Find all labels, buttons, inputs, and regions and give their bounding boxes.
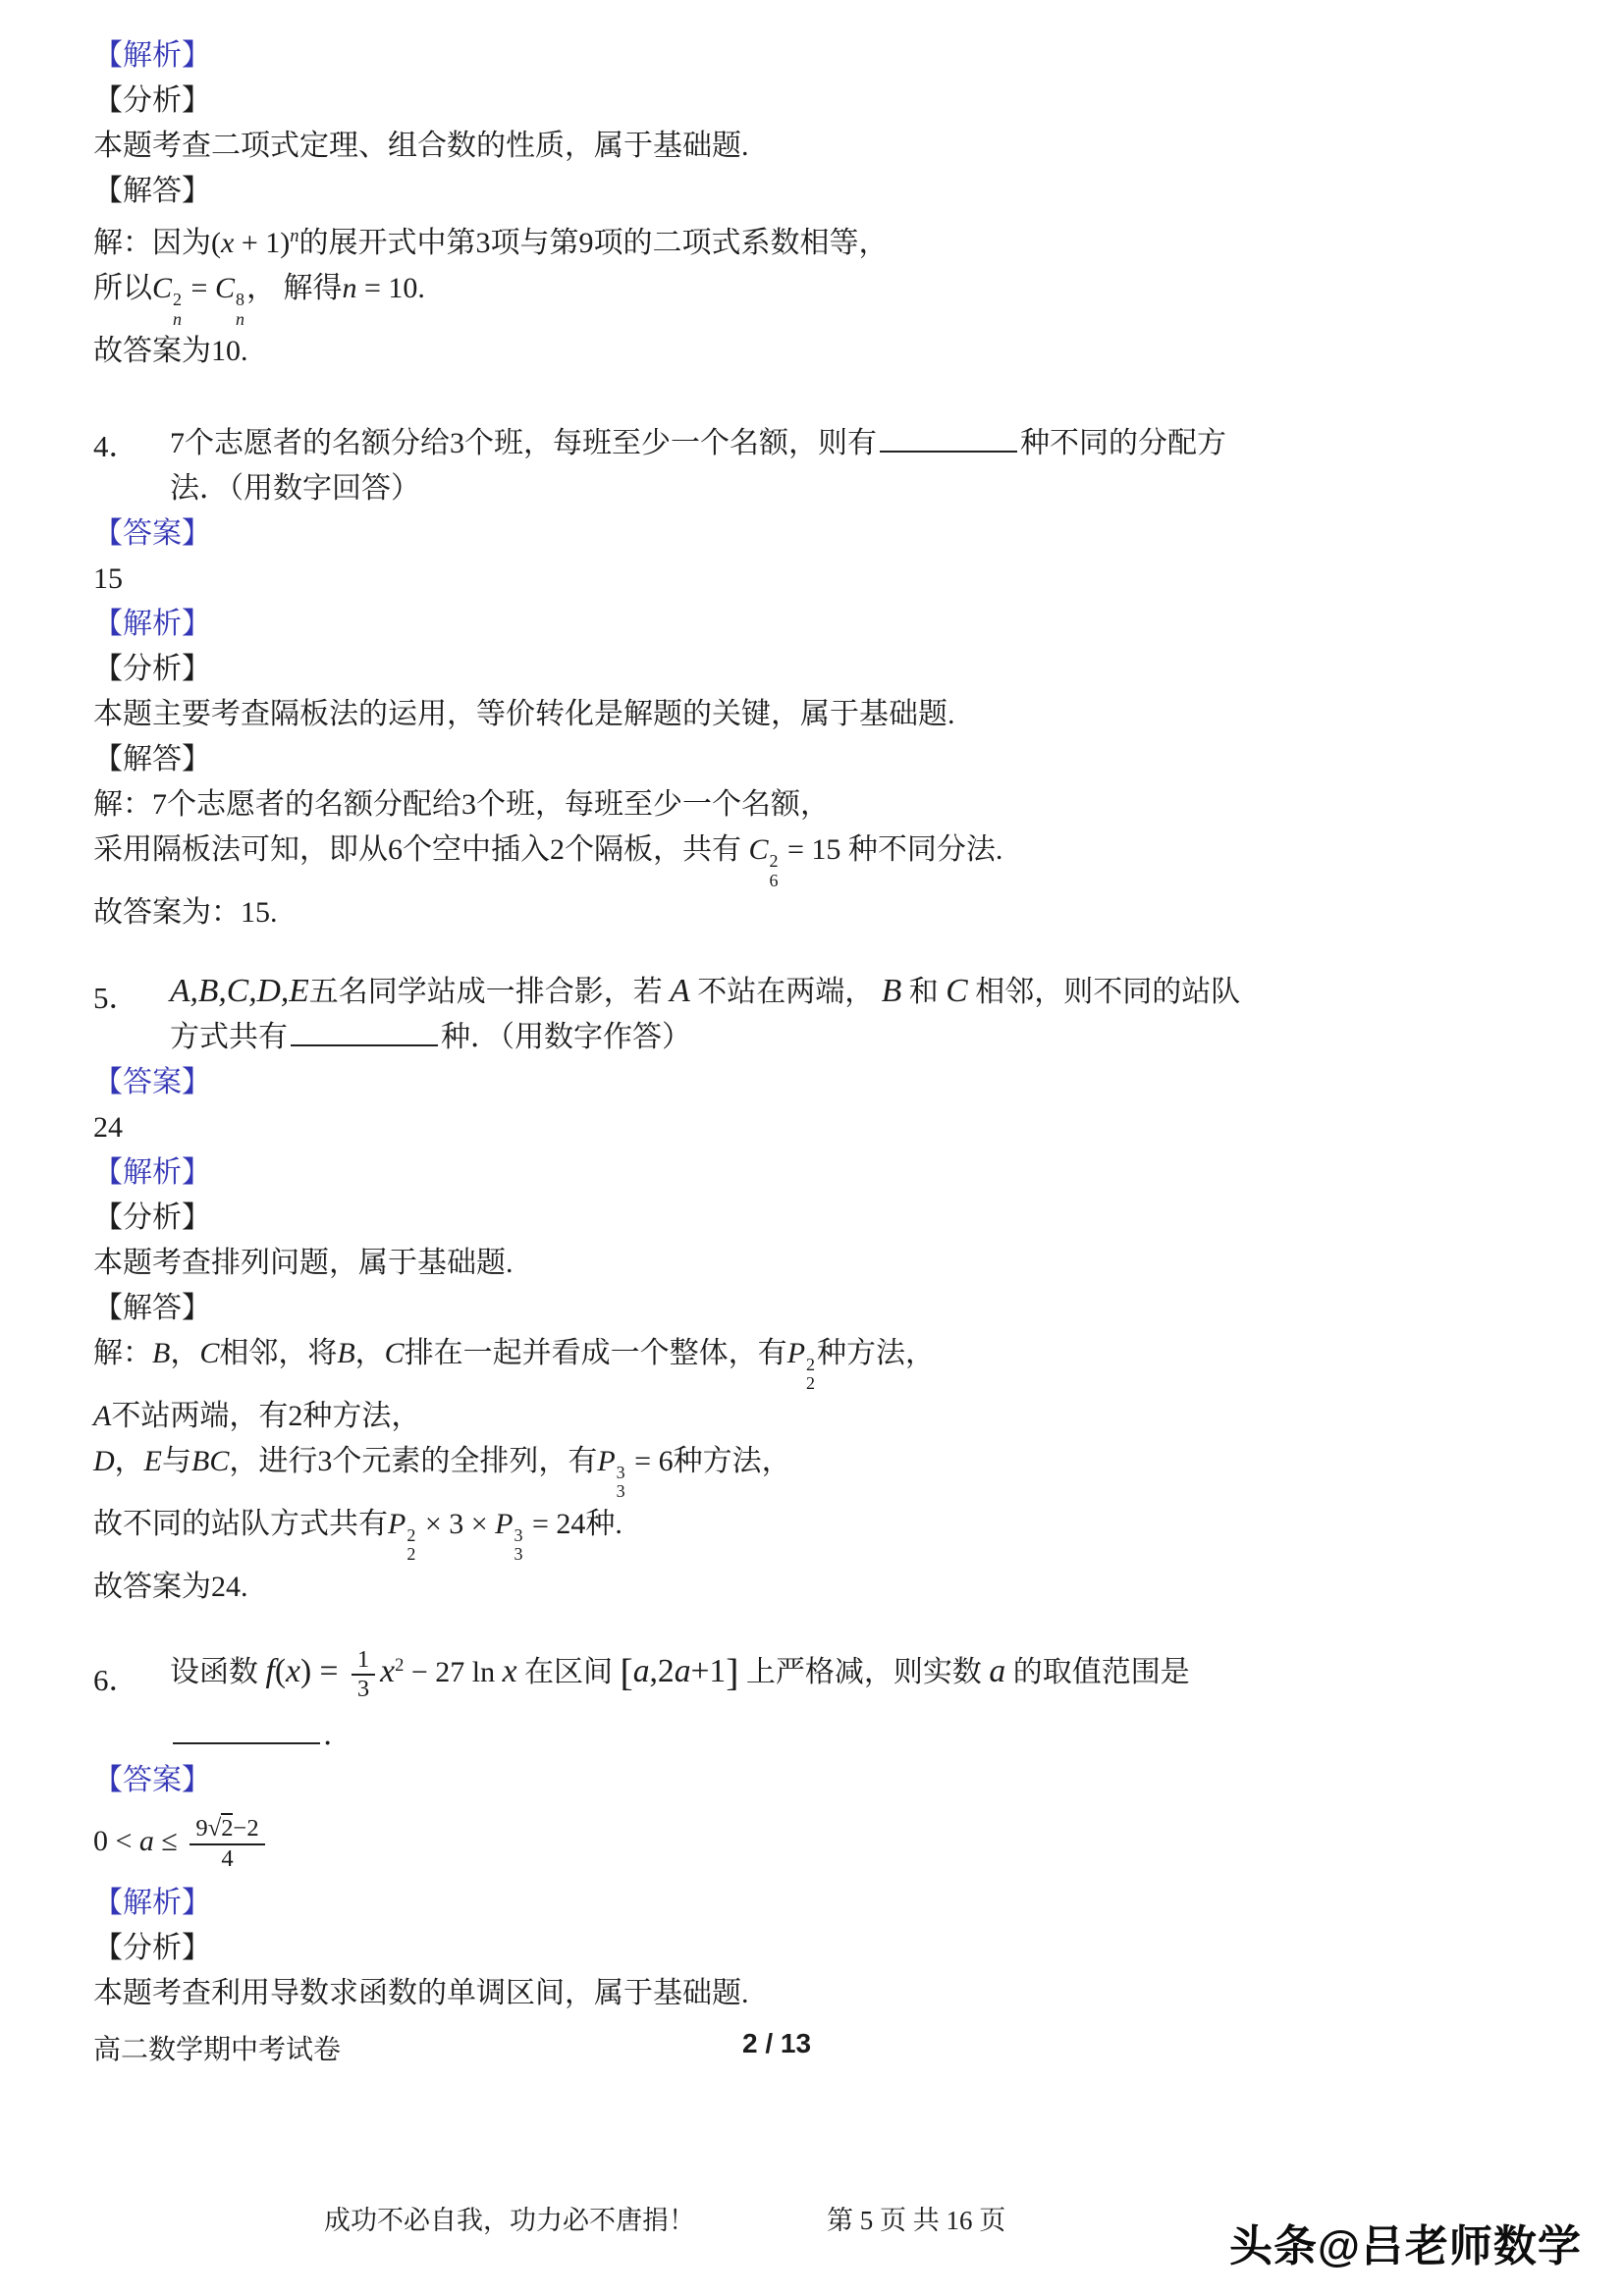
text-run: = 10. <box>356 272 424 304</box>
math-var: a <box>633 1653 650 1689</box>
analysis-label: 【解析】 <box>93 33 1576 79</box>
math-var: C <box>152 272 172 304</box>
question-number: 4． <box>93 421 139 472</box>
text-run: 解： <box>93 1337 152 1369</box>
text-run: −2 <box>233 1815 258 1842</box>
math-sup: 2 <box>173 291 182 309</box>
math-operator: ≤ <box>154 1825 185 1857</box>
page-content: 【解析】 【分析】 本题考查二项式定理、组合数的性质，属于基础题. 【解答】 解… <box>93 33 1576 2016</box>
math-bracket: [ <box>621 1651 633 1694</box>
text-run: +1 <box>691 1653 727 1689</box>
math-var: a <box>139 1825 154 1857</box>
math-supsub: 26 <box>770 852 779 890</box>
math-sub: n <box>236 310 244 329</box>
text-run: 解：因为( <box>93 227 221 259</box>
math-sup: 3 <box>617 1464 625 1482</box>
text-run: ，进行3个元素的全排列，有 <box>229 1445 597 1477</box>
solution-line: A不站两端，有2种方法， <box>93 1394 1576 1439</box>
math-bracket: ] <box>726 1651 738 1694</box>
question-number: 6． <box>93 1655 139 1706</box>
text-run: 的展开式中第3项与第9项的二项式系数相等， <box>299 227 889 259</box>
question-5: 5． A,B,C,D,E五名同学站成一排合影，若 A 不站在两端， B 和 C … <box>93 969 1576 1060</box>
analysis-text: 本题考查利用导数求函数的单调区间，属于基础题. <box>93 1971 1576 2016</box>
math-var: C <box>199 1337 219 1369</box>
text-run: 在区间 <box>517 1656 621 1688</box>
text-run: 和 <box>901 976 946 1008</box>
question-text: 7个志愿者的名额分给3个班，每班至少一个名额，则有种不同的分配方 <box>170 421 1576 466</box>
question-text: ． <box>170 1713 1576 1758</box>
answer-value: 24 <box>93 1105 1576 1150</box>
solution-line: 解：因为(x + 1)n的展开式中第3项与第9项的二项式系数相等， <box>93 214 1576 266</box>
text-run: 所以 <box>93 272 152 304</box>
solution-line: 所以C2n = C8n， 解得n = 10. <box>93 266 1576 329</box>
text-run: 不站两端，有2种方法， <box>111 1400 420 1432</box>
math-var: P <box>787 1337 805 1369</box>
math-sub: 3 <box>514 1545 523 1564</box>
solution-conclusion: 故答案为：15. <box>93 890 1576 935</box>
text-run: 0 < <box>93 1825 139 1857</box>
math-sub: 3 <box>617 1482 625 1501</box>
text-run: ， <box>170 1337 199 1369</box>
math-var: P <box>495 1508 513 1540</box>
question-number: 5． <box>93 969 139 1028</box>
solution-line: 解：B，C相邻，将B，C排在一起并看成一个整体，有P22种方法， <box>93 1331 1576 1394</box>
math-var: a <box>989 1653 1005 1689</box>
math-supsub: 2n <box>173 291 182 329</box>
math-var: C <box>215 272 235 304</box>
math-var: n <box>342 272 356 304</box>
math-var: BC <box>191 1445 229 1477</box>
radicand: 2 <box>221 1813 233 1842</box>
math-supsub: 8n <box>236 291 244 329</box>
breakdown-label: 【分析】 <box>93 1926 1576 1971</box>
math-var: x <box>221 227 234 259</box>
math-var: D <box>93 1445 115 1477</box>
text-run: 故不同的站队方式共有 <box>93 1508 388 1540</box>
analysis-text: 本题主要考查隔板法的运用，等价转化是解题的关键，属于基础题. <box>93 692 1576 737</box>
math-var: C <box>385 1337 405 1369</box>
breakdown-label: 【分析】 <box>93 79 1576 124</box>
text-run: 设函数 <box>170 1656 266 1688</box>
math-fraction: 13 <box>352 1646 375 1704</box>
math-sup: 8 <box>236 291 244 309</box>
text-run: 五名同学站成一排合影，若 <box>309 976 671 1008</box>
text-run: 7个志愿者的名额分给3个班，每班至少一个名额，则有 <box>170 427 877 459</box>
math-var: A <box>93 1400 111 1432</box>
text-run: ， 解得 <box>246 272 343 304</box>
math-var: A <box>670 973 690 1009</box>
breakdown-label: 【分析】 <box>93 1196 1576 1241</box>
text-run: 不站在两端， <box>690 976 882 1008</box>
math-fraction: 9√2−24 <box>189 1815 264 1873</box>
solution-line: 解：7个志愿者的名额分配给3个班，每班至少一个名额， <box>93 782 1576 828</box>
math-sup: 2 <box>770 852 779 871</box>
analysis-label: 【解析】 <box>93 1881 1576 1926</box>
text-run: − 27 ln <box>404 1656 502 1688</box>
answer-label: 【答案】 <box>93 511 1576 557</box>
math-var: B <box>882 973 902 1009</box>
question-4: 4． 7个志愿者的名额分给3个班，每班至少一个名额，则有种不同的分配方 法．（用… <box>93 421 1576 511</box>
watermark: 头条@吕老师数学 <box>1229 2211 1582 2273</box>
solution-line: 故不同的站队方式共有P22 × 3 × P33 = 24种. <box>93 1502 1576 1565</box>
analysis-text: 本题考查排列问题，属于基础题. <box>93 1241 1576 1286</box>
math-var: f <box>266 1653 275 1689</box>
math-sup: 2 <box>806 1356 815 1374</box>
text-run: 方式共有 <box>170 1021 288 1053</box>
fraction-numerator: 1 <box>352 1646 375 1674</box>
math-var: B <box>337 1337 354 1369</box>
math-var: E <box>144 1445 162 1477</box>
solution-conclusion: 故答案为24. <box>93 1565 1576 1610</box>
math-var: x <box>380 1653 395 1689</box>
math-sup: 2 <box>406 1526 415 1545</box>
text-run: 相邻，将 <box>219 1337 337 1369</box>
analysis-label: 【解析】 <box>93 602 1576 647</box>
fraction-numerator: 9√2−2 <box>189 1815 264 1842</box>
math-var: B <box>152 1337 170 1369</box>
math-sup: 3 <box>514 1526 523 1545</box>
text-run: 种．（用数字作答） <box>441 1021 691 1053</box>
text-run: = <box>184 272 215 304</box>
text-run: 与 <box>162 1445 191 1477</box>
text-run: ( <box>275 1653 286 1689</box>
math-var: C <box>749 833 769 866</box>
motto: 成功不必自我，功力必不唐捐！ <box>324 2199 695 2237</box>
math-supsub: 33 <box>514 1526 523 1565</box>
math-var: x <box>503 1653 517 1689</box>
math-var: C <box>946 973 967 1009</box>
doc-title: 高二数学期中考试卷 <box>93 2028 341 2067</box>
solution-line: D，E与BC，进行3个元素的全排列，有P33 = 6种方法， <box>93 1439 1576 1502</box>
text-run: = 24种. <box>525 1508 623 1540</box>
text-run: 的取值范围是 <box>1005 1656 1190 1688</box>
math-var: x <box>286 1653 300 1689</box>
answer-value: 0 < a ≤ 9√2−24 <box>93 1803 1576 1881</box>
breakdown-label: 【分析】 <box>93 647 1576 692</box>
text-run: 上严格减，则实数 <box>738 1656 989 1688</box>
answer-blank <box>291 1044 438 1046</box>
math-supsub: 22 <box>806 1356 815 1394</box>
text-run: = 15 种不同分法. <box>781 833 1003 866</box>
text-run: ， <box>115 1445 144 1477</box>
solution-conclusion: 故答案为10. <box>93 329 1576 374</box>
math-sub: 6 <box>770 872 779 890</box>
text-run: 种不同的分配方 <box>1020 427 1226 459</box>
text-run: ,2 <box>650 1653 675 1689</box>
solution-label: 【解答】 <box>93 737 1576 782</box>
math-exponent: n <box>290 226 298 246</box>
question-text: A,B,C,D,E五名同学站成一排合影，若 A 不站在两端， B 和 C 相邻，… <box>170 969 1576 1015</box>
answer-blank <box>173 1742 320 1744</box>
solution-label: 【解答】 <box>93 1286 1576 1331</box>
math-var: A,B,C,D,E <box>170 973 309 1009</box>
question-text: 方式共有种．（用数字作答） <box>170 1015 1576 1060</box>
math-sub: n <box>173 310 182 329</box>
answer-blank <box>880 451 1017 453</box>
answer-label: 【答案】 <box>93 1758 1576 1803</box>
text-run: 排在一起并看成一个整体，有 <box>405 1337 787 1369</box>
question-text: 设函数 f(x) = 13x2 − 27 ln x 在区间 [a,2a+1] 上… <box>170 1629 1576 1713</box>
math-supsub: 33 <box>617 1464 625 1502</box>
solution-label: 【解答】 <box>93 169 1576 214</box>
math-var: a <box>675 1653 691 1689</box>
text-run: + 1) <box>234 227 290 259</box>
text-run: 9√ <box>195 1815 221 1842</box>
text-run: = 6种方法， <box>627 1445 791 1477</box>
text-run: × 3 × <box>417 1508 495 1540</box>
document-page: 【解析】 【分析】 本题考查二项式定理、组合数的性质，属于基础题. 【解答】 解… <box>0 0 1624 2296</box>
solution-line: 采用隔板法可知，即从6个空中插入2个隔板，共有 C26 = 15 种不同分法. <box>93 828 1576 890</box>
text-run: 采用隔板法可知，即从6个空中插入2个隔板，共有 <box>93 833 749 866</box>
analysis-text: 本题考查二项式定理、组合数的性质，属于基础题. <box>93 124 1576 169</box>
text-run: ) = <box>300 1653 347 1689</box>
page-indicator: 2 / 13 <box>742 2028 811 2059</box>
text-run: ． <box>323 1719 352 1751</box>
math-exponent: 2 <box>395 1655 404 1676</box>
math-supsub: 22 <box>406 1526 415 1565</box>
math-sub: 2 <box>406 1545 415 1564</box>
answer-label: 【答案】 <box>93 1060 1576 1105</box>
fraction-denominator: 3 <box>352 1674 375 1703</box>
fraction-denominator: 4 <box>189 1843 264 1873</box>
text-run: ， <box>355 1337 385 1369</box>
math-var: P <box>597 1445 615 1477</box>
question-6: 6． 设函数 f(x) = 13x2 − 27 ln x 在区间 [a,2a+1… <box>93 1629 1576 1758</box>
math-sub: 2 <box>806 1374 815 1393</box>
answer-value: 15 <box>93 557 1576 602</box>
analysis-label: 【解析】 <box>93 1150 1576 1196</box>
page-number: 第 5 页 共 16 页 <box>827 2199 1005 2237</box>
question-text: 法．（用数字回答） <box>170 466 1576 511</box>
text-run: 相邻，则不同的站队 <box>968 976 1241 1008</box>
text-run: 种方法， <box>817 1337 935 1369</box>
math-var: P <box>388 1508 406 1540</box>
